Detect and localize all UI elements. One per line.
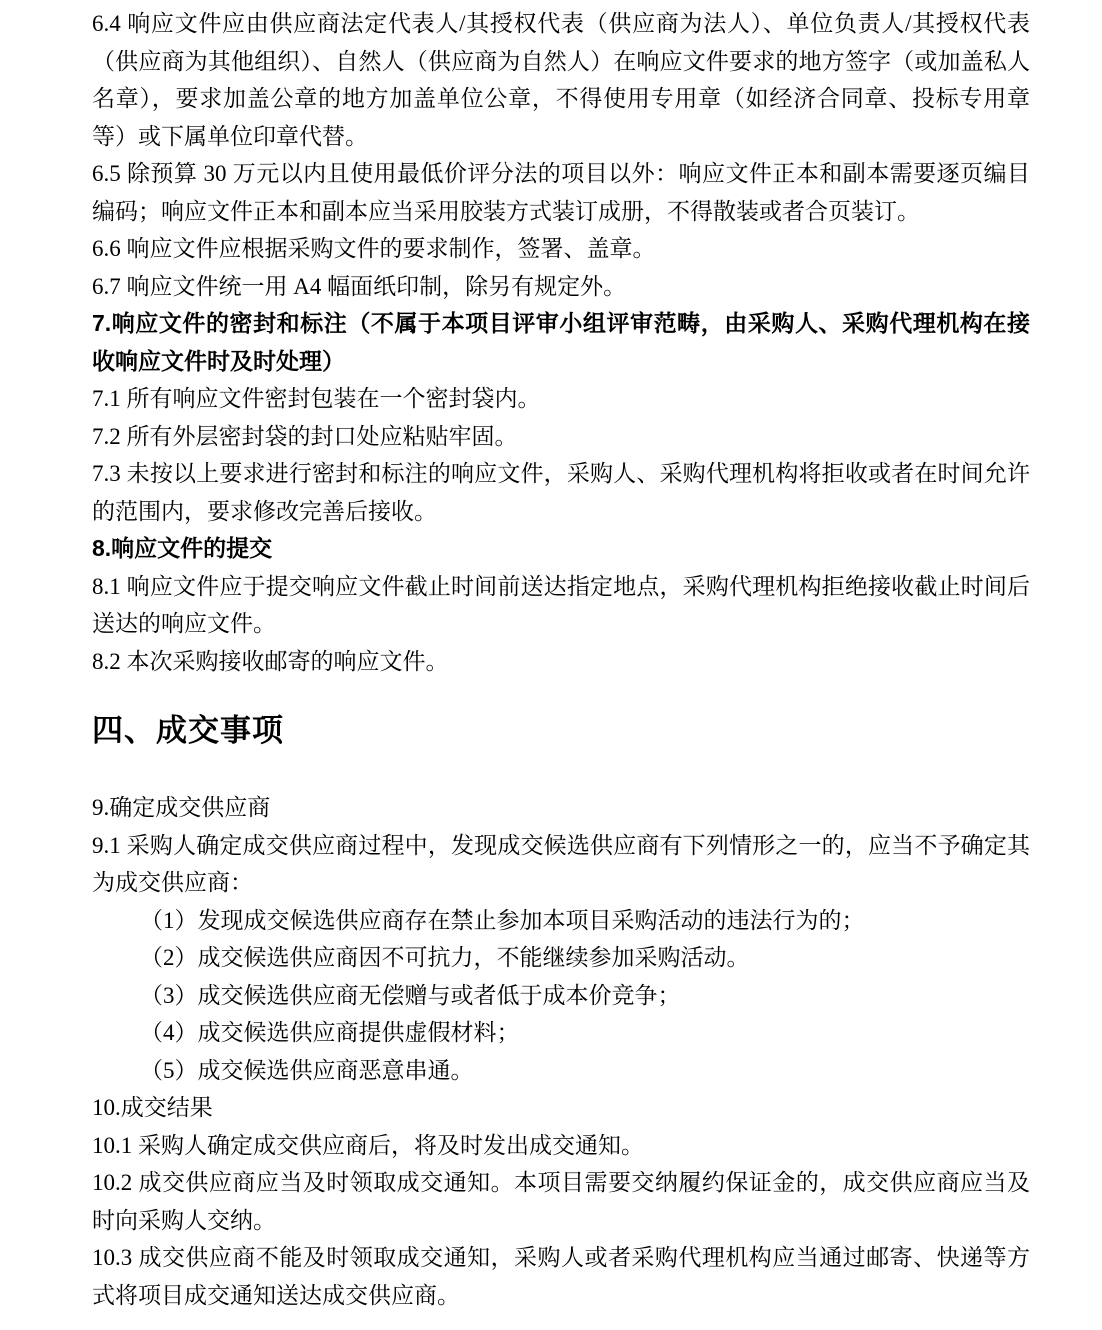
clause-heading-8: 8.响应文件的提交 bbox=[92, 530, 1030, 568]
clause-heading-10: 10.成交结果 bbox=[92, 1089, 1030, 1127]
paragraph-7-2: 7.2 所有外层密封袋的封口处应粘贴牢固。 bbox=[92, 418, 1030, 456]
paragraph-6-5: 6.5 除预算 30 万元以内且使用最低价评分法的项目以外：响应文件正本和副本需… bbox=[92, 155, 1030, 230]
paragraph-6-6: 6.6 响应文件应根据采购文件的要求制作，签署、盖章。 bbox=[92, 230, 1030, 268]
paragraph-10-1: 10.1 采购人确定成交供应商后，将及时发出成交通知。 bbox=[92, 1127, 1030, 1165]
list-item-4: （4）成交候选供应商提供虚假材料； bbox=[92, 1014, 1030, 1052]
list-item-5: （5）成交候选供应商恶意串通。 bbox=[92, 1052, 1030, 1090]
paragraph-6-4: 6.4 响应文件应由供应商法定代表人/其授权代表（供应商为法人）、单位负责人/其… bbox=[92, 5, 1030, 155]
clause-heading-7: 7.响应文件的密封和标注（不属于本项目评审小组评审范畴，由采购人、采购代理机构在… bbox=[92, 305, 1030, 380]
clause-heading-9: 9.确定成交供应商 bbox=[92, 789, 1030, 827]
paragraph-7-3: 7.3 未按以上要求进行密封和标注的响应文件，采购人、采购代理机构将拒收或者在时… bbox=[92, 455, 1030, 530]
list-item-2: （2）成交候选供应商因不可抗力，不能继续参加采购活动。 bbox=[92, 939, 1030, 977]
section-heading-4: 四、成交事项 bbox=[92, 711, 1030, 751]
paragraph-6-7: 6.7 响应文件统一用 A4 幅面纸印制，除另有规定外。 bbox=[92, 268, 1030, 306]
paragraph-9-1: 9.1 采购人确定成交供应商过程中，发现成交候选供应商有下列情形之一的，应当不予… bbox=[92, 827, 1030, 902]
paragraph-10-2: 10.2 成交供应商应当及时领取成交通知。本项目需要交纳履约保证金的，成交供应商… bbox=[92, 1164, 1030, 1239]
document-page: 6.4 响应文件应由供应商法定代表人/其授权代表（供应商为法人）、单位负责人/其… bbox=[0, 0, 1102, 1330]
paragraph-10-3: 10.3 成交供应商不能及时领取成交通知，采购人或者采购代理机构应当通过邮寄、快… bbox=[92, 1239, 1030, 1314]
list-item-1: （1）发现成交候选供应商存在禁止参加本项目采购活动的违法行为的； bbox=[92, 902, 1030, 940]
paragraph-8-2: 8.2 本次采购接收邮寄的响应文件。 bbox=[92, 643, 1030, 681]
list-item-3: （3）成交候选供应商无偿赠与或者低于成本价竞争； bbox=[92, 977, 1030, 1015]
paragraph-7-1: 7.1 所有响应文件密封包装在一个密封袋内。 bbox=[92, 380, 1030, 418]
paragraph-8-1: 8.1 响应文件应于提交响应文件截止时间前送达指定地点，采购代理机构拒绝接收截止… bbox=[92, 568, 1030, 643]
